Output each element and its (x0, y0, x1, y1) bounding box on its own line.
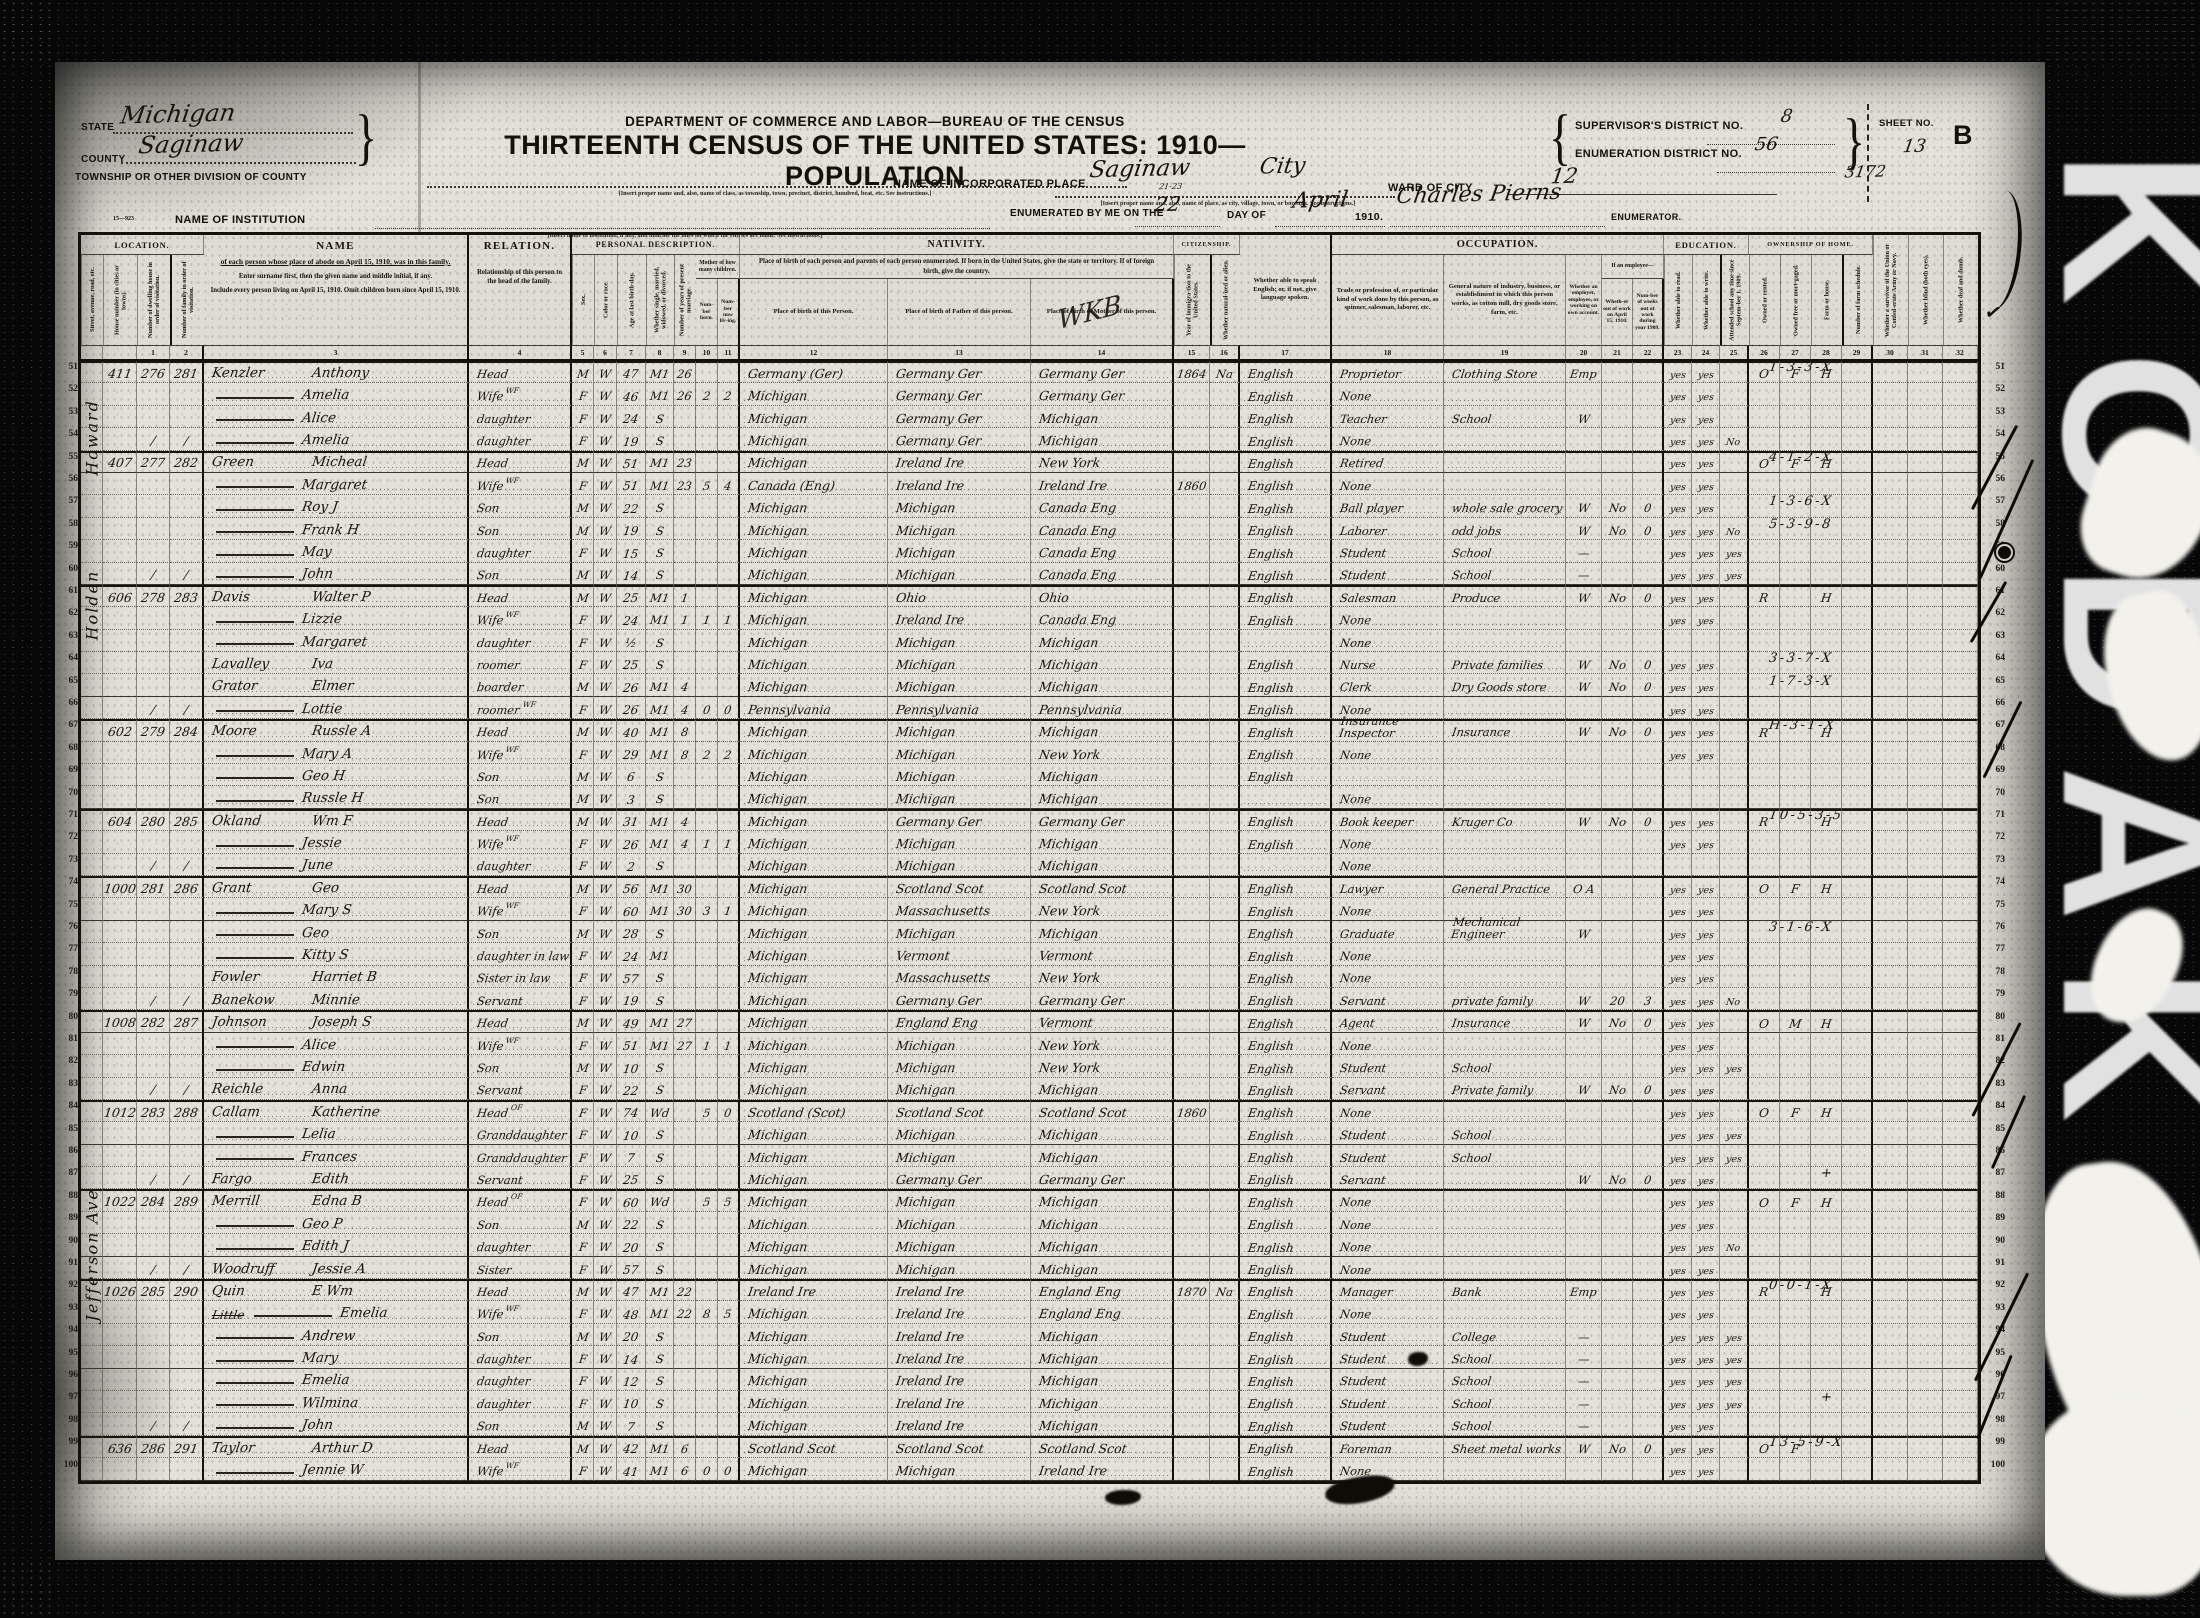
cell-o1 (1749, 1234, 1780, 1256)
cell-bp: Michigan (740, 1257, 888, 1279)
cell-o4 (1842, 988, 1873, 1010)
cell-fm (170, 1055, 204, 1077)
cell-m2 (1943, 809, 1978, 831)
cell-sx: M (572, 563, 594, 585)
cell-yr (1174, 1257, 1210, 1279)
cell-ym (674, 1145, 696, 1167)
cell-ym (674, 563, 696, 585)
column-number: 8 (646, 345, 674, 359)
cell-m1 (1908, 652, 1943, 674)
cell-tr (1332, 764, 1444, 786)
cell-o1 (1749, 697, 1780, 719)
cell-o2 (1780, 1212, 1811, 1234)
cell-o1 (1749, 742, 1780, 764)
cell-o3 (1811, 898, 1842, 920)
cell-fm (170, 540, 204, 562)
cell-o1: R (1749, 809, 1780, 831)
cell-bp: Michigan (740, 1234, 888, 1256)
cell-hs (103, 1145, 137, 1167)
cell-rd (1664, 854, 1692, 876)
cell-wr (1692, 764, 1720, 786)
cell-em (1566, 1301, 1602, 1323)
cell-yr (1174, 630, 1210, 652)
cell-ym: 4 (674, 674, 696, 696)
cell-bf: Vermont (888, 943, 1031, 965)
cell-wk (1633, 406, 1664, 428)
cell-in (1444, 966, 1566, 988)
cell-sc (1720, 451, 1749, 473)
cell-bm: Michigan (1031, 428, 1174, 450)
cell-wr: yes (1692, 831, 1720, 853)
cell-co: W (594, 674, 617, 696)
column-number: 2 (170, 345, 204, 359)
cell-na (1210, 1234, 1240, 1256)
cell-lg: English (1240, 1167, 1332, 1189)
cell-m2 (1943, 1436, 1978, 1458)
cell-yr (1174, 1234, 1210, 1256)
cell-st (81, 1122, 103, 1144)
cell-bm: Canada Eng (1031, 563, 1174, 585)
cell-cl (718, 585, 740, 607)
cell-cl: 1 (718, 607, 740, 629)
cell-yr (1174, 1391, 1210, 1413)
cell-ma: S (646, 428, 674, 450)
column-label: Whether able to write. (1692, 255, 1720, 345)
cell-cl (718, 563, 740, 585)
cell-m0 (1873, 563, 1908, 585)
cell-em (1566, 607, 1602, 629)
cell-o3 (1811, 742, 1842, 764)
cell-ag: 12 (617, 1369, 646, 1391)
cell-wk (1633, 1122, 1664, 1144)
cell-dw (137, 518, 170, 540)
cell-nm: Lottie (204, 697, 469, 719)
cell-m0 (1873, 1301, 1908, 1323)
cell-rd: yes (1664, 809, 1692, 831)
cell-o3: H (1811, 1279, 1842, 1301)
cell-bf: Michigan (888, 540, 1031, 562)
cell-wr: yes (1692, 1257, 1720, 1279)
cell-o1: R (1749, 719, 1780, 741)
cell-em (1566, 1145, 1602, 1167)
cell-wk (1633, 1257, 1664, 1279)
cell-tr: None (1332, 966, 1444, 988)
cell-sc: yes (1720, 1391, 1749, 1413)
cell-m2 (1943, 921, 1978, 943)
cell-rd: yes (1664, 1279, 1692, 1301)
column-label: Color or race. (594, 255, 617, 345)
cell-co: W (594, 1279, 617, 1301)
cell-cb (696, 406, 718, 428)
cell-ym: 8 (674, 719, 696, 741)
cell-lg: English (1240, 697, 1332, 719)
cell-ym: 6 (674, 1436, 696, 1458)
cell-tr: Insurance Inspector (1332, 719, 1444, 741)
cell-em: W (1566, 988, 1602, 1010)
cell-dw (137, 630, 170, 652)
section-title: NATIVITY. (740, 235, 1174, 255)
cell-wr: yes (1692, 921, 1720, 943)
cell-cb: 2 (696, 383, 718, 405)
cell-tr: Student (1332, 563, 1444, 585)
column-label: Whether natural-ized or alien. (1210, 255, 1240, 345)
cell-wr: yes (1692, 428, 1720, 450)
cell-ow (1602, 742, 1633, 764)
cell-wk (1633, 607, 1664, 629)
cell-hs: 602 (103, 719, 137, 741)
column-number: 10 (696, 345, 718, 359)
cell-nm: Kitty S (204, 943, 469, 965)
cell-cl (718, 809, 740, 831)
cell-lg: English (1240, 719, 1332, 741)
cell-em: W (1566, 1436, 1602, 1458)
cell-dw: 282 (137, 1010, 170, 1032)
cell-in (1444, 1458, 1566, 1480)
cell-ma: S (646, 1324, 674, 1346)
cell-lg: English (1240, 1279, 1332, 1301)
line-number-left: 82 (56, 1056, 78, 1066)
cell-nm: OklandWm F (204, 809, 469, 831)
cell-o4 (1842, 921, 1873, 943)
cell-cb: 5 (696, 1189, 718, 1211)
cell-tr: None (1332, 473, 1444, 495)
cell-co: W (594, 988, 617, 1010)
cell-tr: Student (1332, 1145, 1444, 1167)
cell-o2 (1780, 943, 1811, 965)
cell-o1 (1749, 652, 1780, 674)
cell-ag: 51 (617, 1033, 646, 1055)
column-number: 17 (1240, 345, 1332, 359)
cell-cb (696, 563, 718, 585)
cell-st (81, 1145, 103, 1167)
cell-lg: English (1240, 1301, 1332, 1323)
cell-wr: yes (1692, 988, 1720, 1010)
cell-nm: Lelia (204, 1122, 469, 1144)
cell-rl: Son (469, 786, 572, 808)
cell-ow (1602, 1301, 1633, 1323)
cell-bf: Ireland Ire (888, 1324, 1031, 1346)
cell-sx: F (572, 540, 594, 562)
line-number-right: 88 (1983, 1191, 2005, 1201)
line-number-left: 52 (56, 384, 78, 394)
column-label: Attended school any time since Septem-be… (1720, 255, 1749, 345)
cell-cb (696, 1010, 718, 1032)
cell-wr: yes (1692, 966, 1720, 988)
cell-in (1444, 697, 1566, 719)
cell-dw (137, 1145, 170, 1167)
cell-lg: English (1240, 652, 1332, 674)
cell-tr: None (1332, 1100, 1444, 1122)
cell-m1 (1908, 361, 1943, 383)
cell-m1 (1908, 1033, 1943, 1055)
line-number-left: 88 (56, 1191, 78, 1201)
cell-sc (1720, 1301, 1749, 1323)
cell-o3 (1811, 674, 1842, 696)
column-number: 12 (740, 345, 888, 359)
cell-in: School (1444, 406, 1566, 428)
cell-o3 (1811, 921, 1842, 943)
line-number-right: 79 (1983, 989, 2005, 999)
cell-bf: Michigan (888, 652, 1031, 674)
line-number-right: 77 (1983, 944, 2005, 954)
cell-sc (1720, 361, 1749, 383)
cell-o1 (1749, 495, 1780, 517)
cell-co: W (594, 898, 617, 920)
cell-cl: 5 (718, 1189, 740, 1211)
cell-na (1210, 831, 1240, 853)
cell-bf: Ireland Ire (888, 1301, 1031, 1323)
cell-hs (103, 1078, 137, 1100)
cell-tr: None (1332, 898, 1444, 920)
cell-bm: England Eng (1031, 1301, 1174, 1323)
day-sup: 21-23 (1158, 182, 1183, 192)
cell-ma: S (646, 786, 674, 808)
cell-cl (718, 1279, 740, 1301)
cell-in (1444, 1257, 1566, 1279)
cell-em: — (1566, 563, 1602, 585)
section-title: EDUCATION. (1664, 235, 1749, 255)
cell-co: W (594, 1078, 617, 1100)
cell-lg: English (1240, 406, 1332, 428)
cell-wr: yes (1692, 540, 1720, 562)
cell-fm (170, 607, 204, 629)
cell-m2 (1943, 854, 1978, 876)
cell-m1 (1908, 719, 1943, 741)
line-number-left: 61 (56, 586, 78, 596)
cell-wk (1633, 898, 1664, 920)
cell-bf: Michigan (888, 1122, 1031, 1144)
cell-sx: F (572, 406, 594, 428)
cell-tr: Salesman (1332, 585, 1444, 607)
cell-cl (718, 921, 740, 943)
cell-st (81, 1413, 103, 1435)
cell-co: W (594, 1324, 617, 1346)
cell-ma: M1 (646, 876, 674, 898)
cell-bf: Michigan (888, 1055, 1031, 1077)
cell-sc: yes (1720, 1055, 1749, 1077)
cell-sx: F (572, 1301, 594, 1323)
cell-ma: S (646, 1346, 674, 1368)
institution-label: NAME OF INSTITUTION (175, 214, 305, 226)
cell-sc (1720, 854, 1749, 876)
column-number: 16 (1210, 345, 1240, 359)
cell-wk (1633, 1189, 1664, 1211)
cell-rd: yes (1664, 428, 1692, 450)
cell-bf: Ireland Ire (888, 607, 1031, 629)
cell-rl: Servant (469, 1078, 572, 1100)
column-number: 19 (1444, 345, 1566, 359)
cell-wr: yes (1692, 674, 1720, 696)
cell-fm: 282 (170, 451, 204, 473)
cell-st (81, 876, 103, 898)
cell-o4 (1842, 518, 1873, 540)
cell-rl: Son (469, 921, 572, 943)
cell-tr: Student (1332, 1369, 1444, 1391)
cell-cb: 8 (696, 1301, 718, 1323)
cell-bp: Michigan (740, 809, 888, 831)
cell-st (81, 563, 103, 585)
cell-rd: yes (1664, 1369, 1692, 1391)
cell-ow: No (1602, 1436, 1633, 1458)
cell-rd: yes (1664, 473, 1692, 495)
cell-st (81, 652, 103, 674)
cell-rl: Son (469, 495, 572, 517)
cell-o2 (1780, 1122, 1811, 1144)
cell-bf: Michigan (888, 1257, 1031, 1279)
cell-bm: Canada Eng (1031, 518, 1174, 540)
cell-dw: 284 (137, 1189, 170, 1211)
cell-wk (1633, 630, 1664, 652)
cell-lg: English (1240, 831, 1332, 853)
cell-yr (1174, 607, 1210, 629)
cell-o4 (1842, 1078, 1873, 1100)
cell-ma: S (646, 966, 674, 988)
cell-ow (1602, 406, 1633, 428)
cell-o2 (1780, 697, 1811, 719)
cell-co: W (594, 1100, 617, 1122)
cell-m2 (1943, 1189, 1978, 1211)
cell-o1 (1749, 540, 1780, 562)
cell-hs (103, 563, 137, 585)
cell-dw (137, 898, 170, 920)
cell-rl: Sister in law (469, 966, 572, 988)
cell-nm: TaylorArthur D (204, 1436, 469, 1458)
cell-bm: Michigan (1031, 1078, 1174, 1100)
cell-hs (103, 540, 137, 562)
cell-ag: 42 (617, 1436, 646, 1458)
line-number-left: 87 (56, 1168, 78, 1178)
cell-o2 (1780, 1324, 1811, 1346)
cell-dw: 286 (137, 1436, 170, 1458)
cell-ym: 1 (674, 607, 696, 629)
cell-sx: M (572, 1279, 594, 1301)
cell-yr (1174, 1145, 1210, 1167)
cell-ow (1602, 831, 1633, 853)
cell-sc (1720, 630, 1749, 652)
cell-ag: 57 (617, 1257, 646, 1279)
cell-tr: None (1332, 1234, 1444, 1256)
line-number-left: 84 (56, 1101, 78, 1111)
cell-na (1210, 518, 1240, 540)
cell-dw (137, 674, 170, 696)
cell-sc: yes (1720, 1369, 1749, 1391)
cell-lg: English (1240, 540, 1332, 562)
cell-bp: Michigan (740, 943, 888, 965)
cell-ym (674, 1189, 696, 1211)
cell-fm (170, 742, 204, 764)
cell-o1 (1749, 607, 1780, 629)
cell-co: W (594, 1145, 617, 1167)
cell-na (1210, 1369, 1240, 1391)
line-number-left: 89 (56, 1213, 78, 1223)
line-number-left: 80 (56, 1012, 78, 1022)
cell-co: W (594, 1167, 617, 1189)
cell-sx: F (572, 1369, 594, 1391)
cell-nm: Geo P (204, 1212, 469, 1234)
cell-hs (103, 764, 137, 786)
cell-na (1210, 383, 1240, 405)
cell-yr (1174, 876, 1210, 898)
cell-ag: 40 (617, 719, 646, 741)
cell-cb (696, 1324, 718, 1346)
line-number-left: 81 (56, 1034, 78, 1044)
cell-m0 (1873, 473, 1908, 495)
cell-co: W (594, 786, 617, 808)
place-value: Saginaw (1088, 155, 1192, 184)
cell-rl: Son (469, 764, 572, 786)
cell-ym (674, 540, 696, 562)
cell-wk (1633, 697, 1664, 719)
cell-fm: 289 (170, 1189, 204, 1211)
cell-fm (170, 966, 204, 988)
cell-sx: F (572, 831, 594, 853)
cell-na (1210, 1391, 1240, 1413)
cell-hs (103, 921, 137, 943)
line-number-left: 53 (56, 407, 78, 417)
cell-co: W (594, 428, 617, 450)
state-label: STATE (81, 122, 114, 133)
cell-m0 (1873, 742, 1908, 764)
cell-m0 (1873, 1324, 1908, 1346)
cell-hs (103, 1413, 137, 1435)
cell-st (81, 1033, 103, 1055)
cell-bm: Michigan (1031, 630, 1174, 652)
cell-m0 (1873, 406, 1908, 428)
cell-rd: yes (1664, 943, 1692, 965)
cell-fm (170, 1234, 204, 1256)
cell-sc: yes (1720, 540, 1749, 562)
cell-bm: New York (1031, 898, 1174, 920)
cell-tr: Graduate (1332, 921, 1444, 943)
cell-rd: yes (1664, 540, 1692, 562)
cell-wk: 3 (1633, 988, 1664, 1010)
cell-rl: daughter (469, 1234, 572, 1256)
cell-dw: ∕ (137, 1167, 170, 1189)
cell-rl: WifeWF (469, 607, 572, 629)
cell-in: School (1444, 540, 1566, 562)
cell-ag: 20 (617, 1324, 646, 1346)
cell-o1 (1749, 1413, 1780, 1435)
cell-wk (1633, 1212, 1664, 1234)
cell-rl: roomerWF (469, 697, 572, 719)
line-number-right: 72 (1983, 832, 2005, 842)
cell-m2 (1943, 943, 1978, 965)
cell-ow: No (1602, 495, 1633, 517)
cell-ag: 19 (617, 428, 646, 450)
cell-na (1210, 988, 1240, 1010)
cell-wk (1633, 383, 1664, 405)
cell-lg: English (1240, 495, 1332, 517)
cell-ow (1602, 540, 1633, 562)
cell-lg (1240, 786, 1332, 808)
cell-tr: None (1332, 1033, 1444, 1055)
cell-ow (1602, 630, 1633, 652)
cell-o3: H (1811, 719, 1842, 741)
cell-ma: S (646, 1055, 674, 1077)
cell-m1 (1908, 1301, 1943, 1323)
cell-sc (1720, 652, 1749, 674)
cell-na (1210, 607, 1240, 629)
cell-cb (696, 540, 718, 562)
cell-fm (170, 831, 204, 853)
cell-bf: Michigan (888, 1189, 1031, 1211)
cell-ow (1602, 428, 1633, 450)
cell-cb (696, 1391, 718, 1413)
cell-lg: English (1240, 1212, 1332, 1234)
cell-o4 (1842, 876, 1873, 898)
cell-yr (1174, 1212, 1210, 1234)
cell-m1 (1908, 1324, 1943, 1346)
